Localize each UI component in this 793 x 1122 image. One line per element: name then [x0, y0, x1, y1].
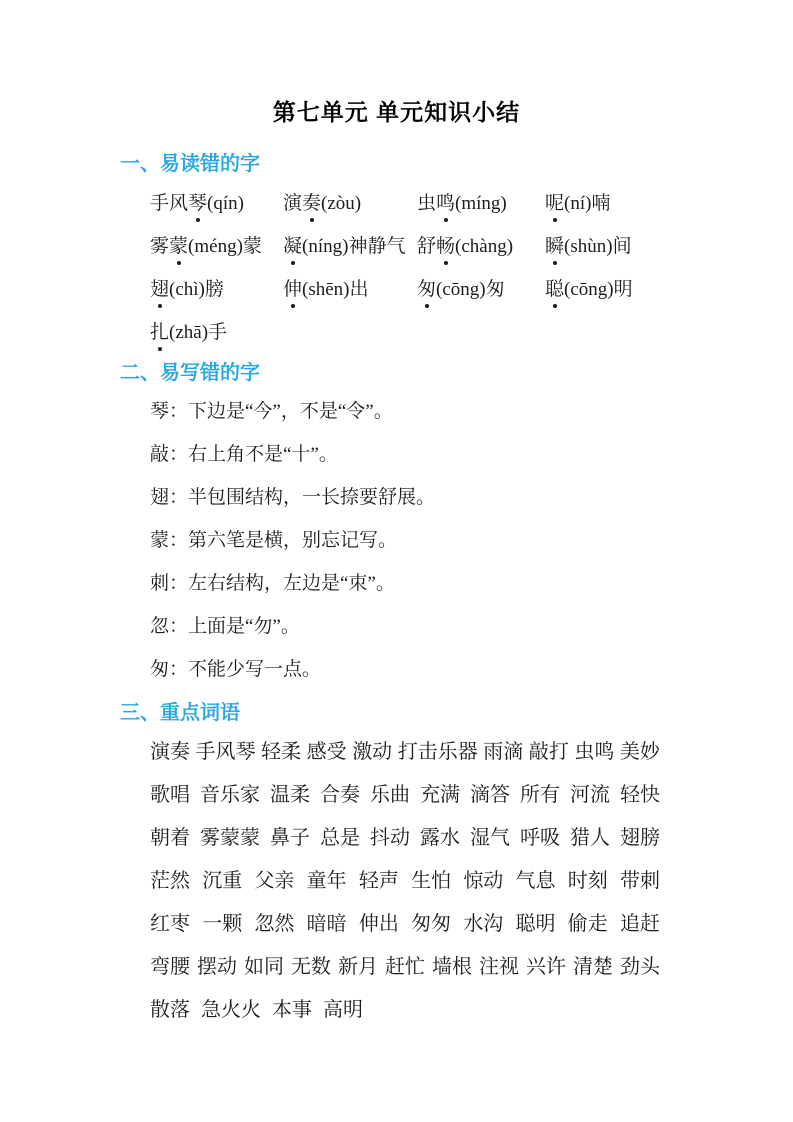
keyword: 一颗 — [202, 911, 242, 937]
text-run: 雾 — [150, 236, 169, 257]
keyword: 父亲 — [254, 868, 294, 894]
miswrite-tip: 忽：上面是“勿”。 — [150, 614, 793, 640]
text-run: (shùn)间 — [564, 236, 632, 257]
keyword: 美妙 — [620, 739, 660, 765]
keyword: 高明 — [323, 997, 363, 1023]
emphasized-char: 奏 — [302, 191, 321, 217]
keyword: 猎人 — [570, 825, 610, 851]
text-run: (chì)膀 — [169, 279, 224, 300]
keyword: 鼻子 — [270, 825, 310, 851]
keyword: 朝着 — [150, 825, 190, 851]
misread-item: 伸(shēn)出 — [283, 277, 417, 303]
keyword: 生怕 — [411, 868, 451, 894]
keyword: 总是 — [320, 825, 360, 851]
keyword-line: 演奏手风琴轻柔感受激动打击乐器雨滴敲打虫鸣美妙 — [150, 739, 660, 765]
section-miswrite-heading: 二、易写错的字 — [120, 360, 793, 386]
keyword: 抖动 — [370, 825, 410, 851]
keyword: 无数 — [291, 954, 331, 980]
misread-item: 虫鸣(míng) — [417, 191, 545, 217]
text-run: (shēn)出 — [302, 279, 368, 300]
emphasized-char: 鸣 — [436, 191, 455, 217]
keyword: 激动 — [352, 739, 392, 765]
keyword: 弯腰 — [150, 954, 190, 980]
keyword: 新月 — [338, 954, 378, 980]
miswrite-tip: 蒙：第六笔是横，别忘记写。 — [150, 528, 793, 554]
keyword: 温柔 — [270, 782, 310, 808]
section-keywords-heading: 三、重点词语 — [120, 700, 793, 726]
text-run: (níng)神静气 — [302, 236, 405, 257]
grid-filler — [417, 320, 545, 346]
text-run: (méng)蒙 — [188, 236, 262, 257]
miswrite-tip: 翅：半包围结构，一长捺要舒展。 — [150, 485, 793, 511]
miswrite-tip: 匆：不能少写一点。 — [150, 657, 793, 683]
keyword-line: 朝着雾蒙蒙鼻子总是抖动露水湿气呼吸猎人翅膀 — [150, 825, 660, 851]
emphasized-char: 蒙 — [169, 234, 188, 260]
text-run: (chàng) — [455, 236, 513, 257]
emphasized-char: 聪 — [545, 277, 564, 303]
keyword: 注视 — [479, 954, 519, 980]
keyword: 轻柔 — [261, 739, 301, 765]
emphasized-char: 畅 — [436, 234, 455, 260]
emphasized-char: 匆 — [417, 277, 436, 303]
keyword: 湿气 — [470, 825, 510, 851]
keyword: 充满 — [420, 782, 460, 808]
keyword: 惊动 — [463, 868, 503, 894]
keyword: 轻声 — [359, 868, 399, 894]
keyword: 歌唱 — [150, 782, 190, 808]
keyword: 打击乐器 — [398, 739, 478, 765]
keyword: 水沟 — [463, 911, 503, 937]
text-run: 虫 — [417, 193, 436, 214]
misread-item: 瞬(shùn)间 — [545, 234, 793, 260]
emphasized-char: 伸 — [283, 277, 302, 303]
keyword: 沉重 — [202, 868, 242, 894]
keyword: 茫然 — [150, 868, 190, 894]
keyword: 虫鸣 — [574, 739, 614, 765]
section-misread-heading: 一、易读错的字 — [120, 151, 793, 177]
miswrite-tip: 刺：左右结构，左边是“朿”。 — [150, 571, 793, 597]
misread-item: 凝(níng)神静气 — [283, 234, 417, 260]
text-run: (cōng)明 — [564, 279, 633, 300]
keyword: 偷走 — [568, 911, 608, 937]
keyword: 散落 — [150, 997, 190, 1023]
miswrite-tip: 琴：下边是“今”，不是“令”。 — [150, 399, 793, 425]
keyword: 翅膀 — [620, 825, 660, 851]
emphasized-char: 凝 — [283, 234, 302, 260]
keyword: 暗暗 — [307, 911, 347, 937]
keyword: 本事 — [272, 997, 312, 1023]
keyword: 忽然 — [254, 911, 294, 937]
miswrite-tip: 敲：右上角不是“十”。 — [150, 442, 793, 468]
keyword: 音乐家 — [200, 782, 260, 808]
keyword: 匆匆 — [411, 911, 451, 937]
keyword-line: 散落急火火本事高明 — [150, 997, 660, 1023]
page-title: 第七单元 单元知识小结 — [0, 97, 793, 127]
document-page: 第七单元 单元知识小结 一、易读错的字 手风琴(qín)演奏(zòu)虫鸣(mí… — [0, 0, 793, 1122]
keyword: 气息 — [516, 868, 556, 894]
keyword: 时刻 — [568, 868, 608, 894]
keyword: 追赶 — [620, 911, 660, 937]
keyword: 敲打 — [529, 739, 569, 765]
keyword-line: 茫然沉重父亲童年轻声生怕惊动气息时刻带刺 — [150, 868, 660, 894]
misread-item: 翅(chì)膀 — [150, 277, 283, 303]
keyword: 雾蒙蒙 — [200, 825, 260, 851]
emphasized-char: 瞬 — [545, 234, 564, 260]
keyword: 兴许 — [526, 954, 566, 980]
keyword-line: 歌唱音乐家温柔合奏乐曲充满滴答所有河流轻快 — [150, 782, 660, 808]
text-run: (míng) — [455, 193, 507, 214]
text-run: (zòu) — [321, 193, 361, 214]
text-run: (ní)喃 — [564, 193, 610, 214]
grid-filler — [545, 320, 793, 346]
misread-item: 雾蒙(méng)蒙 — [150, 234, 283, 260]
emphasized-char: 呢 — [545, 191, 564, 217]
keyword: 手风琴 — [196, 739, 256, 765]
emphasized-char: 翅 — [150, 277, 169, 303]
keyword: 赶忙 — [385, 954, 425, 980]
misread-item: 舒畅(chàng) — [417, 234, 545, 260]
keyword: 摆动 — [197, 954, 237, 980]
misread-item: 手风琴(qín) — [150, 191, 283, 217]
keyword: 合奏 — [320, 782, 360, 808]
misread-words-grid: 手风琴(qín)演奏(zòu)虫鸣(míng)呢(ní)喃雾蒙(méng)蒙凝(… — [150, 191, 793, 346]
keyword: 清楚 — [573, 954, 613, 980]
misread-item: 演奏(zòu) — [283, 191, 417, 217]
text-run: (cōng)匆 — [436, 279, 505, 300]
keyword-line: 弯腰摆动如同无数新月赶忙墙根注视兴许清楚劲头 — [150, 954, 660, 980]
text-run: 舒 — [417, 236, 436, 257]
keyword: 墙根 — [432, 954, 472, 980]
keyword: 童年 — [307, 868, 347, 894]
keyword: 急火火 — [201, 997, 261, 1023]
text-run: (zhā)手 — [169, 322, 227, 343]
misread-item: 聪(cōng)明 — [545, 277, 793, 303]
keyword: 轻快 — [620, 782, 660, 808]
keyword: 河流 — [570, 782, 610, 808]
text-run: (qín) — [207, 193, 244, 214]
keyword: 乐曲 — [370, 782, 410, 808]
keyword-lines: 演奏手风琴轻柔感受激动打击乐器雨滴敲打虫鸣美妙歌唱音乐家温柔合奏乐曲充满滴答所有… — [150, 739, 660, 1023]
keyword: 劲头 — [620, 954, 660, 980]
keyword: 聪明 — [516, 911, 556, 937]
emphasized-char: 扎 — [150, 320, 169, 346]
keyword: 感受 — [307, 739, 347, 765]
keyword: 雨滴 — [483, 739, 523, 765]
keyword: 所有 — [520, 782, 560, 808]
text-run: 手风 — [150, 193, 188, 214]
misread-item: 匆(cōng)匆 — [417, 277, 545, 303]
misread-item: 呢(ní)喃 — [545, 191, 793, 217]
keyword: 露水 — [420, 825, 460, 851]
keyword: 红枣 — [150, 911, 190, 937]
text-run: 演 — [283, 193, 302, 214]
emphasized-char: 琴 — [188, 191, 207, 217]
keyword: 滴答 — [470, 782, 510, 808]
keyword: 呼吸 — [520, 825, 560, 851]
keyword: 如同 — [244, 954, 284, 980]
keyword-line: 红枣一颗忽然暗暗伸出匆匆水沟聪明偷走追赶 — [150, 911, 660, 937]
keyword: 伸出 — [359, 911, 399, 937]
keyword: 演奏 — [150, 739, 190, 765]
misread-item: 扎(zhā)手 — [150, 320, 283, 346]
keyword: 带刺 — [620, 868, 660, 894]
miswrite-tips-list: 琴：下边是“今”，不是“令”。敲：右上角不是“十”。翅：半包围结构，一长捺要舒展… — [150, 399, 793, 683]
grid-filler — [283, 320, 417, 346]
